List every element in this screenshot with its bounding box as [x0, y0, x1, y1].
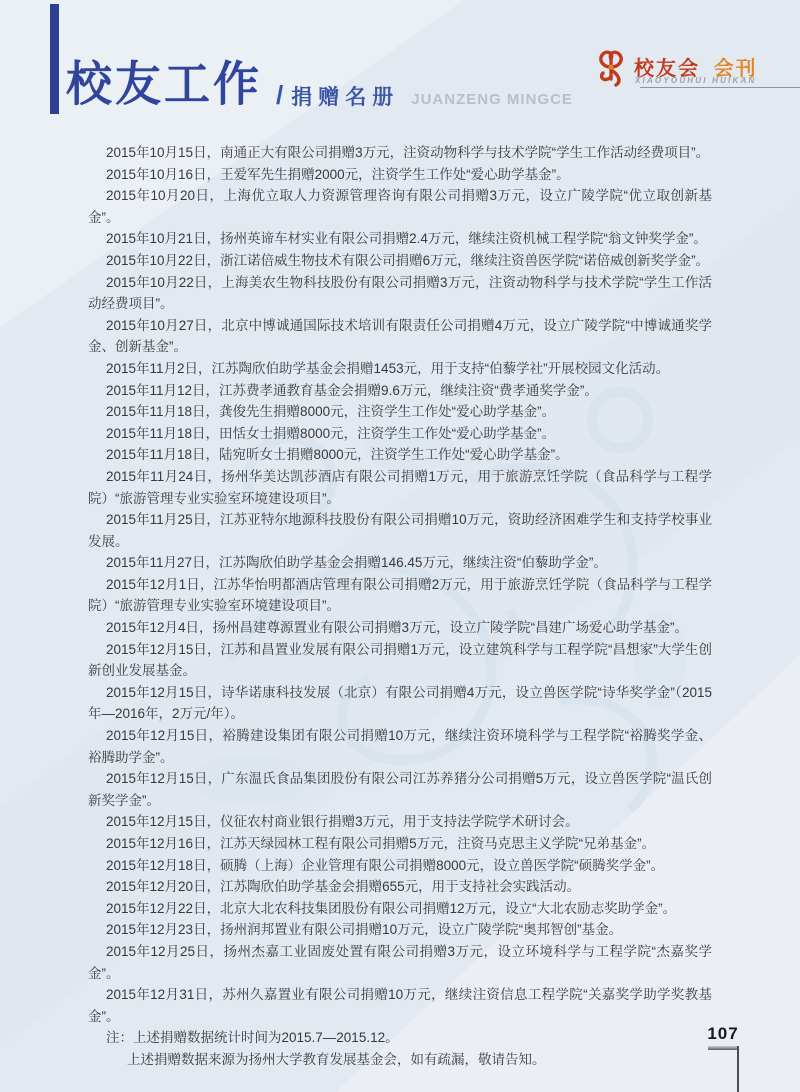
donation-entry: 2015年11月27日，江苏陶欣伯助学基金会捐赠146.45万元，继续注资“伯藜… — [88, 552, 712, 574]
donation-entry: 2015年12月15日，广东温氏食品集团股份有限公司江苏养猪分公司捐赠5万元，设… — [88, 768, 712, 811]
page-subtitle-roman: JUANZENG MINGCE — [411, 91, 573, 108]
page-header: 校友工作/捐赠名册JUANZENG MINGCE — [66, 56, 573, 112]
donation-entry: 2015年11月12日，江苏费孝通教育基金会捐赠9.6万元，继续注资“费孝通奖学… — [88, 380, 712, 402]
donation-entry: 2015年11月25日，江苏亚特尔地源科技股份有限公司捐赠10万元，资助经济困难… — [88, 509, 712, 552]
donation-entry: 2015年10月22日，上海美农生物科技股份有限公司捐赠3万元，注资动物科学与技… — [88, 272, 712, 315]
donation-entry: 2015年12月25日，扬州杰嘉工业固废处置有限公司捐赠3万元，设立环境科学与工… — [88, 941, 712, 984]
donation-entry: 2015年11月18日，龚俊先生捐赠8000元，注资学生工作处“爱心助学基金”。 — [88, 401, 712, 423]
donation-entry: 2015年12月16日，江苏天绿园林工程有限公司捐赠5万元，注资马克思主义学院“… — [88, 833, 712, 855]
header-rule — [640, 87, 800, 88]
donation-entry: 2015年12月22日，北京大北农科技集团股份有限公司捐赠12万元，设立“大北农… — [88, 898, 712, 920]
page-number: 107 — [706, 1024, 740, 1044]
donation-entry: 2015年12月4日，扬州昌建尊源置业有限公司捐赠3万元，设立广陵学院“昌建广场… — [88, 617, 712, 639]
donation-entry: 2015年12月15日，裕腾建设集团有限公司捐赠10万元，继续注资环境科学与工程… — [88, 725, 712, 768]
donation-entry: 2015年10月20日，上海优立取人力资源管理咨询有限公司捐赠3万元，设立广陵学… — [88, 185, 712, 228]
donation-entry: 2015年12月31日，苏州久嘉置业有限公司捐赠10万元，继续注资信息工程学院“… — [88, 984, 712, 1027]
title-separator: / — [276, 80, 283, 111]
page-title: 校友工作 — [66, 55, 262, 113]
alumni-knot-icon — [594, 48, 628, 88]
donation-entry: 2015年12月15日，诗华诺康科技发展（北京）有限公司捐赠4万元，设立兽医学院… — [88, 682, 712, 725]
donation-entry: 2015年12月18日，硕腾（上海）企业管理有限公司捐赠8000元，设立兽医学院… — [88, 855, 712, 877]
donation-entry: 2015年12月23日，扬州润邦置业有限公司捐赠10万元，设立广陵学院“奥邦智创… — [88, 919, 712, 941]
title-accent-bar — [50, 4, 59, 114]
donation-entry: 2015年12月1日，江苏华怡明都酒店管理有限公司捐赠2万元，用于旅游烹饪学院（… — [88, 574, 712, 617]
note-statistics-period: 注：上述捐赠数据统计时间为2015.7—2015.12。 — [88, 1027, 712, 1049]
donation-entry: 2015年11月2日，江苏陶欣伯助学基金会捐赠1453元，用于支持“伯藜学社”开… — [88, 358, 712, 380]
donation-entry: 2015年10月22日，浙江诺倍威生物技术有限公司捐赠6万元，继续注资兽医学院“… — [88, 250, 712, 272]
donation-entry: 2015年11月24日，扬州华美达凯莎酒店有限公司捐赠1万元，用于旅游烹饪学院（… — [88, 466, 712, 509]
donation-entry: 2015年10月21日，扬州英谛车材实业有限公司捐赠2.4万元，继续注资机械工程… — [88, 228, 712, 250]
donation-register: 2015年10月15日，南通正大有限公司捐赠3万元，注资动物科学与技术学院“学生… — [88, 142, 712, 1071]
donation-entry: 2015年10月15日，南通正大有限公司捐赠3万元，注资动物科学与技术学院“学生… — [88, 142, 712, 164]
donation-entry: 2015年12月15日，仪征农村商业银行捐赠3万元，用于支持法学院学术研讨会。 — [88, 811, 712, 833]
journal-name-roman: XIAOYOUHUI HUIKAN — [635, 76, 756, 85]
page-number-rule-vertical — [737, 1046, 739, 1092]
donation-entry: 2015年12月20日，江苏陶欣伯助学基金会捐赠655元，用于支持社会实践活动。 — [88, 876, 712, 898]
donation-entry: 2015年10月27日，北京中博诚通国际技术培训有限责任公司捐赠4万元，设立广陵… — [88, 315, 712, 358]
page-number-rule-horizontal — [708, 1046, 739, 1050]
page-subtitle: 捐赠名册 — [291, 81, 399, 111]
note-data-source: 上述捐赠数据来源为扬州大学教育发展基金会，如有疏漏，敬请告知。 — [88, 1049, 712, 1071]
donation-entry: 2015年10月16日，王爱军先生捐赠2000元，注资学生工作处“爱心助学基金”… — [88, 164, 712, 186]
journal-page: 校友工作/捐赠名册JUANZENG MINGCE 校友会 会刊 XIAOYOUH… — [0, 0, 800, 1092]
donation-entry: 2015年11月18日，陆宛昕女士捐赠8000元，注资学生工作处“爱心助学基金”… — [88, 444, 712, 466]
donation-entry: 2015年12月15日，江苏和昌置业发展有限公司捐赠1万元，设立建筑科学与工程学… — [88, 639, 712, 682]
donation-entry: 2015年11月18日，田恬女士捐赠8000元，注资学生工作处“爱心助学基金”。 — [88, 423, 712, 445]
